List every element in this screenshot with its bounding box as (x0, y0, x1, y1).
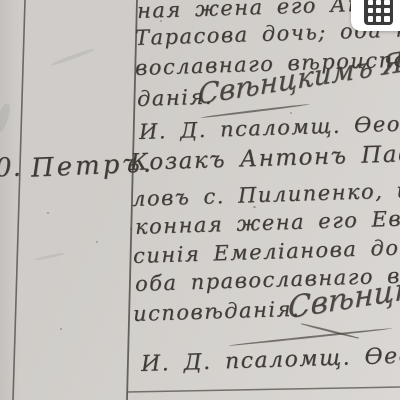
paper-speckle (60, 328, 62, 330)
column-rule-left (13, 0, 25, 400)
handwritten-line: И. Д. псаломщ. Ѳеод (141, 343, 400, 378)
signature-flourish (228, 327, 392, 346)
handwritten-line: И. Д. псаломщ. Ѳеод (139, 110, 400, 145)
paper-speckle (96, 241, 98, 243)
handwritten-line: Козакъ Антонъ Пав- (130, 141, 400, 176)
handwritten-line: исповѣданія. (133, 296, 301, 327)
scanned-register-page: 0. Петръ. ная жена его Ани Тарасова дочь… (0, 0, 400, 400)
ink-bleed-mark (51, 47, 96, 66)
entry-number-cell: 0. (0, 153, 22, 184)
ink-bleed-mark (0, 102, 12, 134)
ink-bleed-mark (35, 252, 65, 261)
paper-speckle (47, 212, 49, 214)
grid-view-button[interactable] (351, 0, 400, 31)
paper-speckle (130, 228, 132, 230)
grid-3x3-icon (364, 0, 393, 25)
row-rule-bottom (127, 387, 400, 392)
